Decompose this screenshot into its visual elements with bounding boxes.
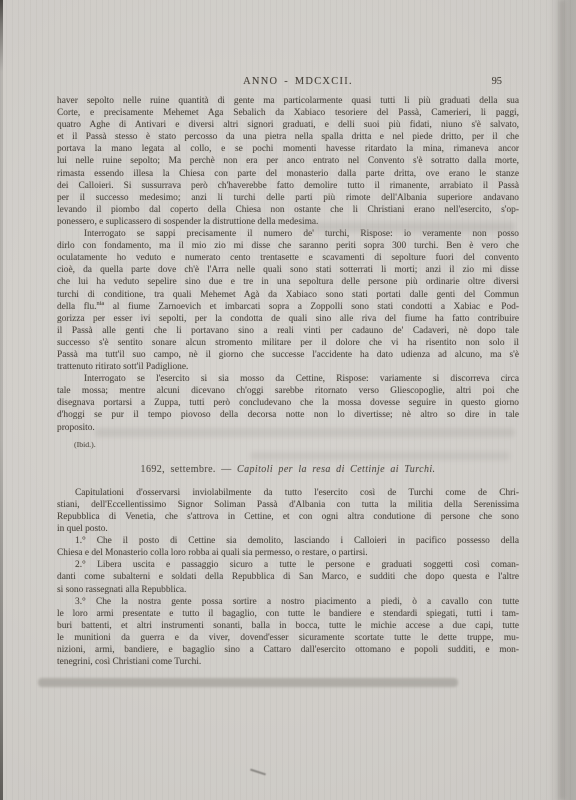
text-line: che lui ha veduto sepelire sino due e tr… bbox=[57, 276, 519, 288]
text-line: tenegrini, così Christiani come Turchi. bbox=[57, 656, 519, 668]
text-line: Corte, e precisamente Mehemet Aga Sebali… bbox=[57, 107, 519, 119]
text-line: le munitioni da guerra e da viver, doven… bbox=[57, 632, 519, 644]
bleedthrough-smudge bbox=[95, 428, 515, 437]
text-line: della flu.nia al fiume Zarnoevich et imb… bbox=[57, 301, 519, 313]
text-line: in quel posto. bbox=[57, 523, 519, 535]
text-line: gorizza per esser ivi sepolti, per la co… bbox=[57, 313, 519, 325]
text-line: cioè, da quella parte dove ch'è l'Arra n… bbox=[57, 264, 519, 276]
text-line: lui nelle ruine sepolto; Ma perchè non e… bbox=[57, 155, 519, 167]
text-line: quatro Aghe di Antivari e diversi altri … bbox=[57, 119, 519, 131]
text-line: le loro armi presentate e tutto il bagag… bbox=[57, 608, 519, 620]
section-date: 1692, settembre. — bbox=[141, 464, 232, 475]
citation: (Ibid.). bbox=[74, 439, 519, 451]
running-title: ANNO - MDCXCII. bbox=[77, 76, 519, 87]
text-line: dei Calloieri. Si sussurrava però ch'hav… bbox=[57, 180, 519, 192]
text-line: portava la mano legata al collo, e se po… bbox=[57, 143, 519, 155]
bleedthrough-smudge bbox=[300, 222, 515, 232]
capitulation-item-3: 3.° Che la nostra gente possa sortire a … bbox=[57, 596, 519, 669]
text-line: danti come subalterni e soldati della Re… bbox=[57, 571, 519, 583]
text-line: Chiesa e del Monasterio colla loro robba… bbox=[57, 547, 519, 559]
text-line: Passà ma tutt'il suo campo, nè il giorno… bbox=[57, 349, 519, 361]
capitulation-item-2: 2.° Libera uscita e passaggio sicuro a t… bbox=[57, 559, 519, 595]
section-title: Capitoli per la resa di Cettinje ai Turc… bbox=[237, 464, 435, 475]
text-line: Repubblica di Venetia, che s'attrova in … bbox=[57, 511, 519, 523]
text-line: trattenuto ritirato sott'il Padiglione. bbox=[57, 361, 519, 373]
text-line: 2.° Libera uscita e passaggio sicuro a t… bbox=[57, 559, 519, 571]
text-line: 3.° Che la nostra gente possa sortire a … bbox=[57, 596, 519, 608]
text-line: il Passà alle genti che li portavano sin… bbox=[57, 325, 519, 337]
text-line: per il successo medesimo; anzi li turchi… bbox=[57, 192, 519, 204]
text-line: levando il piombo dal coperto della Chie… bbox=[57, 204, 519, 216]
text-line: stiani, dell'Eccellentissimo Signor Soli… bbox=[57, 499, 519, 511]
page-header: ANNO - MDCXCII. 95 bbox=[57, 76, 519, 91]
text-line: 1.° Che il posto di Cettine sia demolito… bbox=[57, 535, 519, 547]
scanned-page: ANNO - MDCXCII. 95 haver sepolto nelle r… bbox=[0, 0, 576, 800]
text-line: nizioni, armi, bandiere, e bagaglio sino… bbox=[57, 644, 519, 656]
text-line: successo s'è sentito sonare alcun strome… bbox=[57, 337, 519, 349]
text-line: d'hoggi se pur il tempo piovoso della de… bbox=[57, 409, 519, 421]
text-line: Interrogato se l'esercito si sia mosso d… bbox=[57, 373, 519, 385]
scan-gutter-streak bbox=[559, 0, 565, 800]
paragraph-continuation: haver sepolto nelle ruine quantità di ge… bbox=[57, 95, 519, 228]
text-line: Capitulationi d'osservarsi inviolabilmen… bbox=[57, 487, 519, 499]
text-line: rimasta essendo illesa la Chiesa con par… bbox=[57, 168, 519, 180]
text-block: haver sepolto nelle ruine quantità di ge… bbox=[57, 95, 519, 668]
capitulation-item-1: 1.° Che il posto di Cettine sia demolito… bbox=[57, 535, 519, 559]
text-line: turchi di conditione, tra quali Mehemet … bbox=[57, 289, 519, 301]
text-line: dirlo con fondamento, ma il mio zio mi d… bbox=[57, 240, 519, 252]
text-line: oculatamente ho veduto e numerato cento … bbox=[57, 252, 519, 264]
text-line: haver sepolto nelle ruine quantità di ge… bbox=[57, 95, 519, 107]
text-line: tale mossa; mentre alcuni dicevano ch'og… bbox=[57, 385, 519, 397]
pencil-mark bbox=[250, 769, 266, 776]
scan-left-edge bbox=[0, 0, 3, 800]
bleedthrough-band bbox=[38, 678, 458, 687]
page-number: 95 bbox=[492, 76, 502, 87]
section-heading: 1692, settembre. — Capitoli per la resa … bbox=[57, 464, 519, 476]
text-line: disegnava portarsi a Zuppa, tutti però c… bbox=[57, 397, 519, 409]
bleedthrough-smudge bbox=[250, 452, 510, 460]
text-line: si sono rassegnati alla Repubblica. bbox=[57, 584, 519, 596]
text-line: et il Passà stesso è stato percosso da u… bbox=[57, 131, 519, 143]
paragraph-interrogation-army-movement: Interrogato se l'esercito si sia mosso d… bbox=[57, 373, 519, 433]
text-line: buri battenti, et altri instrumenti sona… bbox=[57, 620, 519, 632]
paragraph-interrogation-number-of-turks: Interrogato se sappi precisamente il num… bbox=[57, 228, 519, 373]
paragraph-capitulation-intro: Capitulationi d'osservarsi inviolabilmen… bbox=[57, 487, 519, 535]
